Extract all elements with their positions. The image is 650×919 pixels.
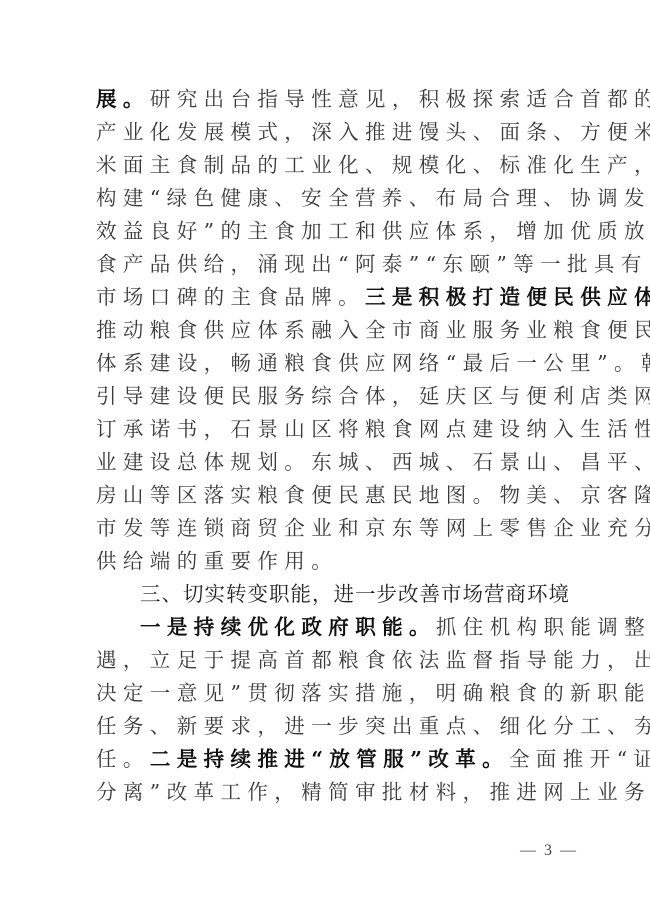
document-page: 展。研究出台指导性意见，积极探索适合首都的主食产业化发展模式，深入推进馒头、面条… (0, 0, 650, 919)
text-segment: 全面推开“证照 (509, 747, 650, 771)
text-segment: 房山等区落实粮食便民惠民地图。物美、京客隆、超 (96, 483, 650, 507)
text-segment: 分离”改革工作，精简审批材料，推进网上业务办理 (96, 780, 650, 804)
page-number: — 3 — (520, 842, 578, 860)
bold-lead-phrase: 三是积极打造便民供应体系。 (365, 285, 650, 309)
text-line: 体系建设，畅通粮食供应网络“最后一公里”。朝阳区 (96, 347, 558, 380)
text-segment: 米面主食制品的工业化、规模化、标准化生产，加快 (96, 153, 650, 177)
text-segment: 研究出台指导性意见，积极探索适合首都的主食 (150, 87, 650, 111)
bold-lead-phrase: 展。 (96, 87, 150, 111)
text-segment: 推动粮食供应体系融入全市商业服务业粮食便民供应 (96, 318, 650, 342)
text-segment: 任。 (96, 747, 150, 771)
text-segment: 任务、新要求，进一步突出重点、细化分工、夯实责 (96, 714, 650, 738)
text-segment: 决定一意见”贯彻落实措施，明确粮食的新职能、新 (96, 681, 650, 705)
text-segment: 遇，立足于提高首都粮食依法监督指导能力，出台“两 (96, 648, 650, 672)
text-line: 决定一意见”贯彻落实措施，明确粮食的新职能、新 (96, 677, 558, 710)
text-line: 引导建设便民服务综合体，延庆区与便利店类网点签 (96, 380, 558, 413)
text-segment: 构建“绿色健康、安全营养、布局合理、协调发展、 (96, 186, 650, 210)
text-segment: 引导建设便民服务综合体，延庆区与便利店类网点签 (96, 384, 650, 408)
document-body: 展。研究出台指导性意见，积极探索适合首都的主食产业化发展模式，深入推进馒头、面条… (96, 83, 558, 809)
text-line: 食产品供给，涌现出“阿泰”“东颐”等一批具有良好 (96, 248, 558, 281)
text-segment: 市发等连锁商贸企业和京东等网上零售企业充分发挥 (96, 516, 650, 540)
text-segment: 效益良好”的主食加工和供应体系，增加优质放心主 (96, 219, 650, 243)
text-segment: 食产品供给，涌现出“阿泰”“东颐”等一批具有良好 (96, 252, 650, 276)
text-line: 米面主食制品的工业化、规模化、标准化生产，加快 (96, 149, 558, 182)
text-line: 供给端的重要作用。 (96, 545, 558, 578)
text-segment: 供给端的重要作用。 (96, 549, 338, 573)
text-segment: 体系建设，畅通粮食供应网络“最后一公里”。朝阳区 (96, 351, 650, 375)
text-segment: 业建设总体规划。东城、西城、石景山、昌平、顺义、 (96, 450, 650, 474)
text-line: 遇，立足于提高首都粮食依法监督指导能力，出台“两 (96, 644, 558, 677)
text-segment: 产业化发展模式，深入推进馒头、面条、方便米饭等 (96, 120, 650, 144)
bold-lead-phrase: 一是持续优化政府职能。 (140, 615, 436, 639)
text-line: 效益良好”的主食加工和供应体系，增加优质放心主 (96, 215, 558, 248)
text-line: 订承诺书，石景山区将粮食网点建设纳入生活性服务 (96, 413, 558, 446)
text-line: 任务、新要求，进一步突出重点、细化分工、夯实责 (96, 710, 558, 743)
text-line: 房山等区落实粮食便民惠民地图。物美、京客隆、超 (96, 479, 558, 512)
section-heading: 三、切实转变职能，进一步改善市场营商环境 (96, 578, 558, 611)
text-segment: 市场口碑的主食品牌。 (96, 285, 365, 309)
text-line: 推动粮食供应体系融入全市商业服务业粮食便民供应 (96, 314, 558, 347)
text-line: 构建“绿色健康、安全营养、布局合理、协调发展、 (96, 182, 558, 215)
text-line: 市发等连锁商贸企业和京东等网上零售企业充分发挥 (96, 512, 558, 545)
text-line: 市场口碑的主食品牌。三是积极打造便民供应体系。 (96, 281, 558, 314)
text-segment: 抓住机构职能调整的机 (436, 615, 650, 639)
text-line: 产业化发展模式，深入推进馒头、面条、方便米饭等 (96, 116, 558, 149)
text-line: 展。研究出台指导性意见，积极探索适合首都的主食 (96, 83, 558, 116)
text-line: 业建设总体规划。东城、西城、石景山、昌平、顺义、 (96, 446, 558, 479)
text-line: 分离”改革工作，精简审批材料，推进网上业务办理 (96, 776, 558, 809)
text-segment: 订承诺书，石景山区将粮食网点建设纳入生活性服务 (96, 417, 650, 441)
text-line: 任。二是持续推进“放管服”改革。全面推开“证照 (96, 743, 558, 776)
text-line: 一是持续优化政府职能。抓住机构职能调整的机 (96, 611, 558, 644)
bold-lead-phrase: 二是持续推进“放管服”改革。 (150, 747, 509, 771)
